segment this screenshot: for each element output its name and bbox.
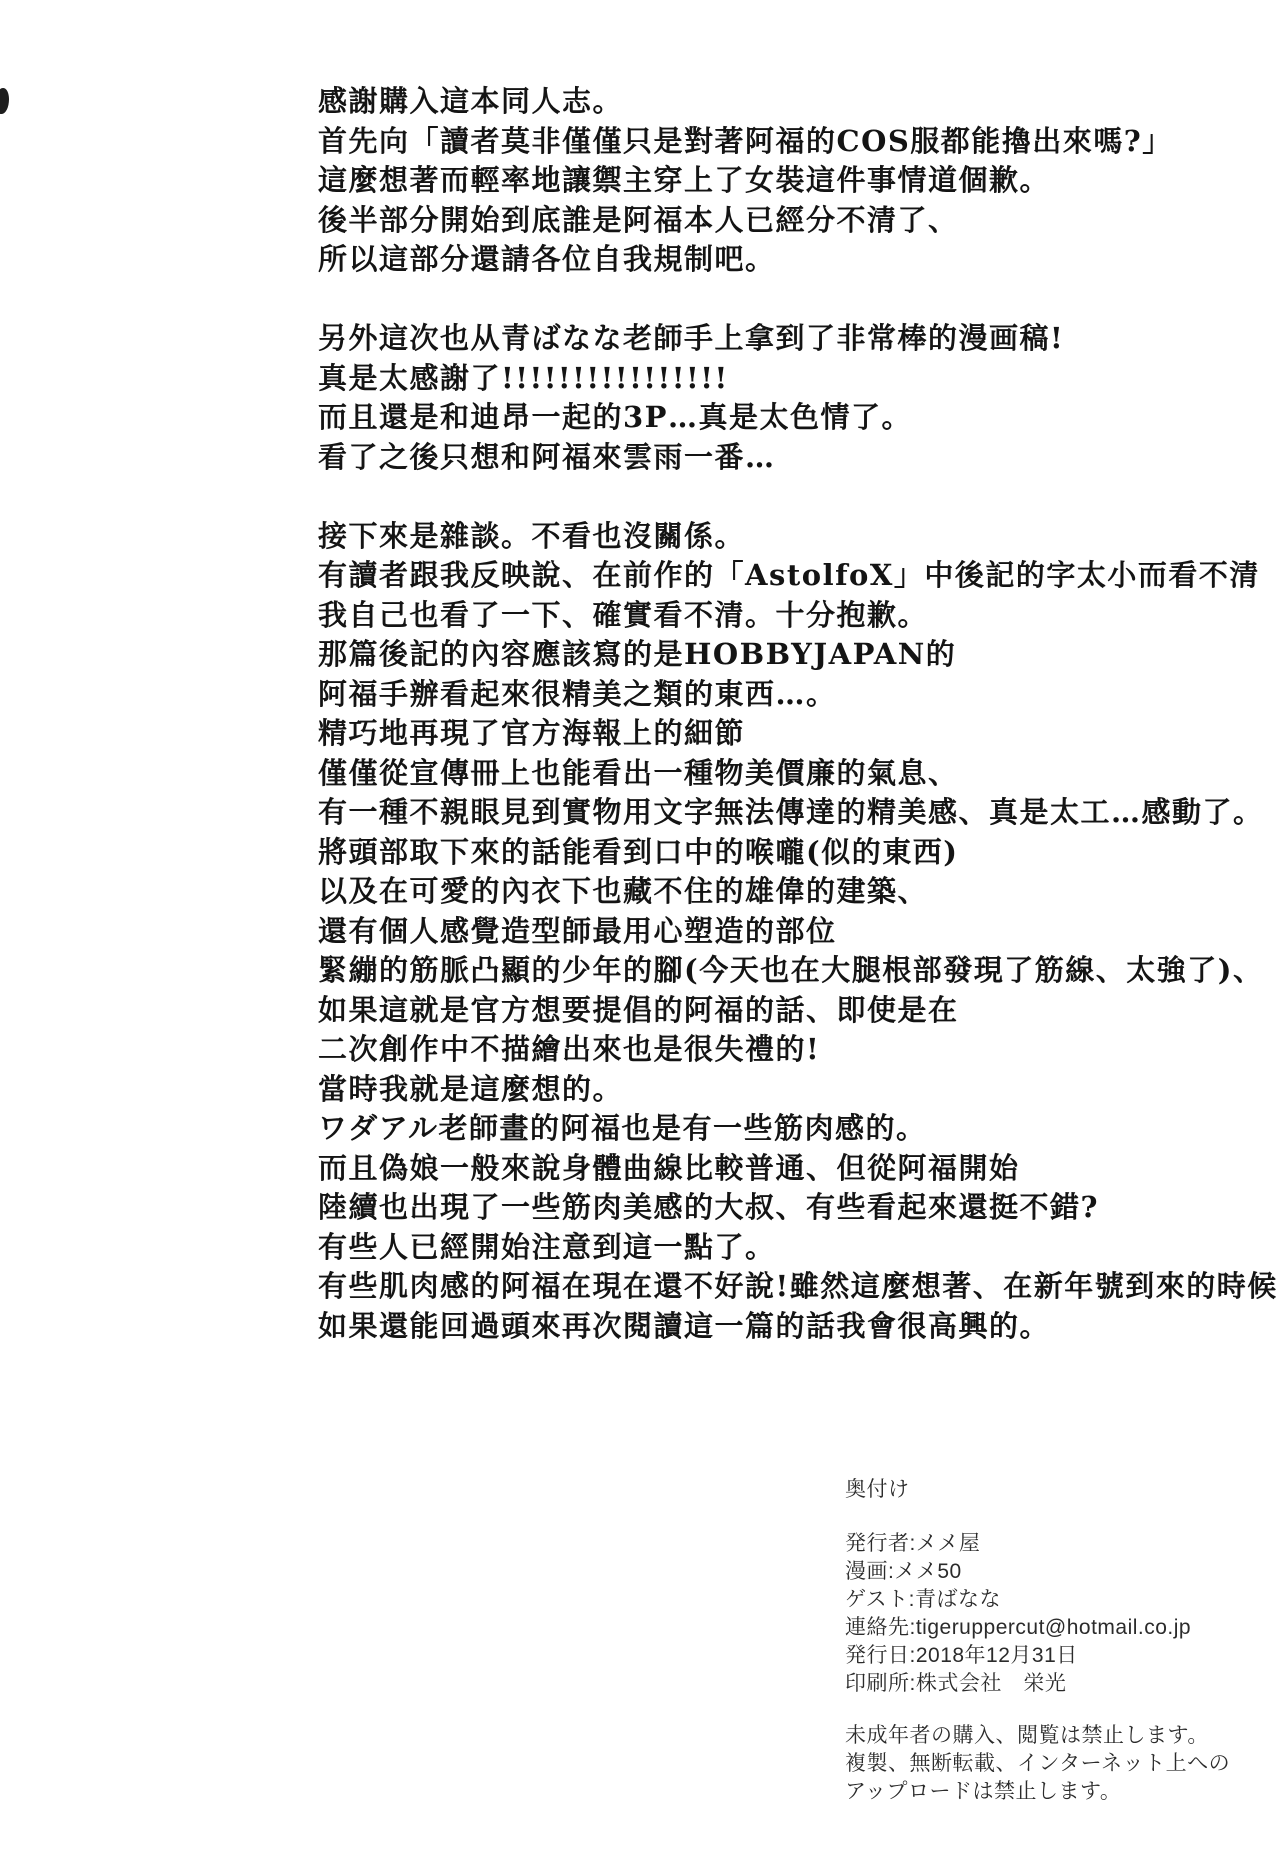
afterword-line: 首先向「讀者莫非僅僅只是對著阿福的COS服都能擼出來嗎?」 (318, 122, 1268, 162)
colophon-entry-printer: 印刷所:株式会社 栄光 (845, 1670, 1230, 1698)
notice-line: 未成年者の購入、閲覧は禁止します。 (845, 1722, 1230, 1750)
afterword-line-blank (318, 477, 1268, 517)
afterword-line: 精巧地再現了官方海報上的細節 (318, 714, 1268, 754)
colophon-entry-contact: 連絡先:tigeruppercut@hotmail.co.jp (845, 1614, 1230, 1642)
afterword-line: 僅僅從宣傳冊上也能看出一種物美價廉的氣息、 (318, 754, 1268, 794)
afterword-line: 感謝購入這本同人志。 (318, 82, 1268, 122)
colophon-entry-guest: ゲスト:青ばなな (845, 1586, 1230, 1614)
colophon-entry-date: 発行日:2018年12月31日 (845, 1642, 1230, 1670)
afterword-line: 阿福手辦看起來很精美之類的東西…。 (318, 675, 1268, 715)
afterword-line: 當時我就是這麼想的。 (318, 1070, 1268, 1110)
notice-line: アップロードは禁止します。 (845, 1778, 1230, 1806)
afterword-line: 二次創作中不描繪出來也是很失禮的! (318, 1030, 1268, 1070)
colophon-entries: 発行者:メメ屋 漫画:メメ50 ゲスト:青ばなな 連絡先:tigerupperc… (845, 1530, 1230, 1698)
afterword-line: 緊繃的筋脈凸顯的少年的腳(今天也在大腿根部發現了筋線、太強了)、 (318, 951, 1268, 991)
afterword-line: 這麼想著而輕率地讓禦主穿上了女裝這件事情道個歉。 (318, 161, 1268, 201)
afterword-line: 將頭部取下來的話能看到口中的喉嚨(似的東西) (318, 833, 1268, 873)
afterword-line: 還有個人感覺造型師最用心塑造的部位 (318, 912, 1268, 952)
afterword-line: 以及在可愛的內衣下也藏不住的雄偉的建築、 (318, 872, 1268, 912)
afterword-line: 後半部分開始到底誰是阿福本人已經分不清了、 (318, 201, 1268, 241)
scan-artifact-mark (0, 88, 9, 114)
colophon-notice: 未成年者の購入、閲覧は禁止します。 複製、無断転載、インターネット上への アップ… (845, 1722, 1230, 1806)
afterword-line: 而且還是和迪昂一起的3P…真是太色情了。 (318, 398, 1268, 438)
afterword-line: 有些人已經開始注意到這一點了。 (318, 1228, 1268, 1268)
afterword-line: 真是太感謝了!!!!!!!!!!!!!!!! (318, 359, 1268, 399)
afterword-line: ワダアル老師畫的阿福也是有一些筋肉感的。 (318, 1109, 1268, 1149)
colophon-entry-publisher: 発行者:メメ屋 (845, 1530, 1230, 1558)
afterword-text-block: 感謝購入這本同人志。 首先向「讀者莫非僅僅只是對著阿福的COS服都能擼出來嗎?」… (318, 82, 1268, 1346)
afterword-line: 有一種不親眼見到實物用文字無法傳達的精美感、真是太工…感動了。 (318, 793, 1268, 833)
afterword-line: 而且偽娘一般來說身體曲線比較普通、但從阿福開始 (318, 1149, 1268, 1189)
afterword-line-blank (318, 280, 1268, 320)
scanned-afterword-page: 感謝購入這本同人志。 首先向「讀者莫非僅僅只是對著阿福的COS服都能擼出來嗎?」… (0, 0, 1280, 1871)
afterword-line: 另外這次也从青ばなな老師手上拿到了非常棒的漫画稿! (318, 319, 1268, 359)
afterword-line: 所以這部分還請各位自我規制吧。 (318, 240, 1268, 280)
colophon-block: 奥付け 発行者:メメ屋 漫画:メメ50 ゲスト:青ばなな 連絡先:tigerup… (845, 1476, 1230, 1806)
afterword-line: 接下來是雜談。不看也沒關係。 (318, 517, 1268, 557)
afterword-line: 陸續也出現了一些筋肉美感的大叔、有些看起來還挺不錯? (318, 1188, 1268, 1228)
notice-line: 複製、無断転載、インターネット上への (845, 1750, 1230, 1778)
afterword-line: 那篇後記的內容應該寫的是HOBBYJAPAN的 (318, 635, 1268, 675)
afterword-line: 有讀者跟我反映說、在前作的「AstolfoX」中後記的字太小而看不清 (318, 556, 1268, 596)
afterword-line: 如果這就是官方想要提倡的阿福的話、即使是在 (318, 991, 1268, 1031)
afterword-line: 有些肌肉感的阿福在現在還不好說!雖然這麼想著、在新年號到來的時候 (318, 1267, 1268, 1307)
colophon-title: 奥付け (845, 1476, 1230, 1504)
afterword-line: 我自己也看了一下、確實看不清。十分抱歉。 (318, 596, 1268, 636)
afterword-line: 如果還能回過頭來再次閱讀這一篇的話我會很高興的。 (318, 1307, 1268, 1347)
colophon-entry-manga: 漫画:メメ50 (845, 1558, 1230, 1586)
afterword-line: 看了之後只想和阿福來雲雨一番… (318, 438, 1268, 478)
